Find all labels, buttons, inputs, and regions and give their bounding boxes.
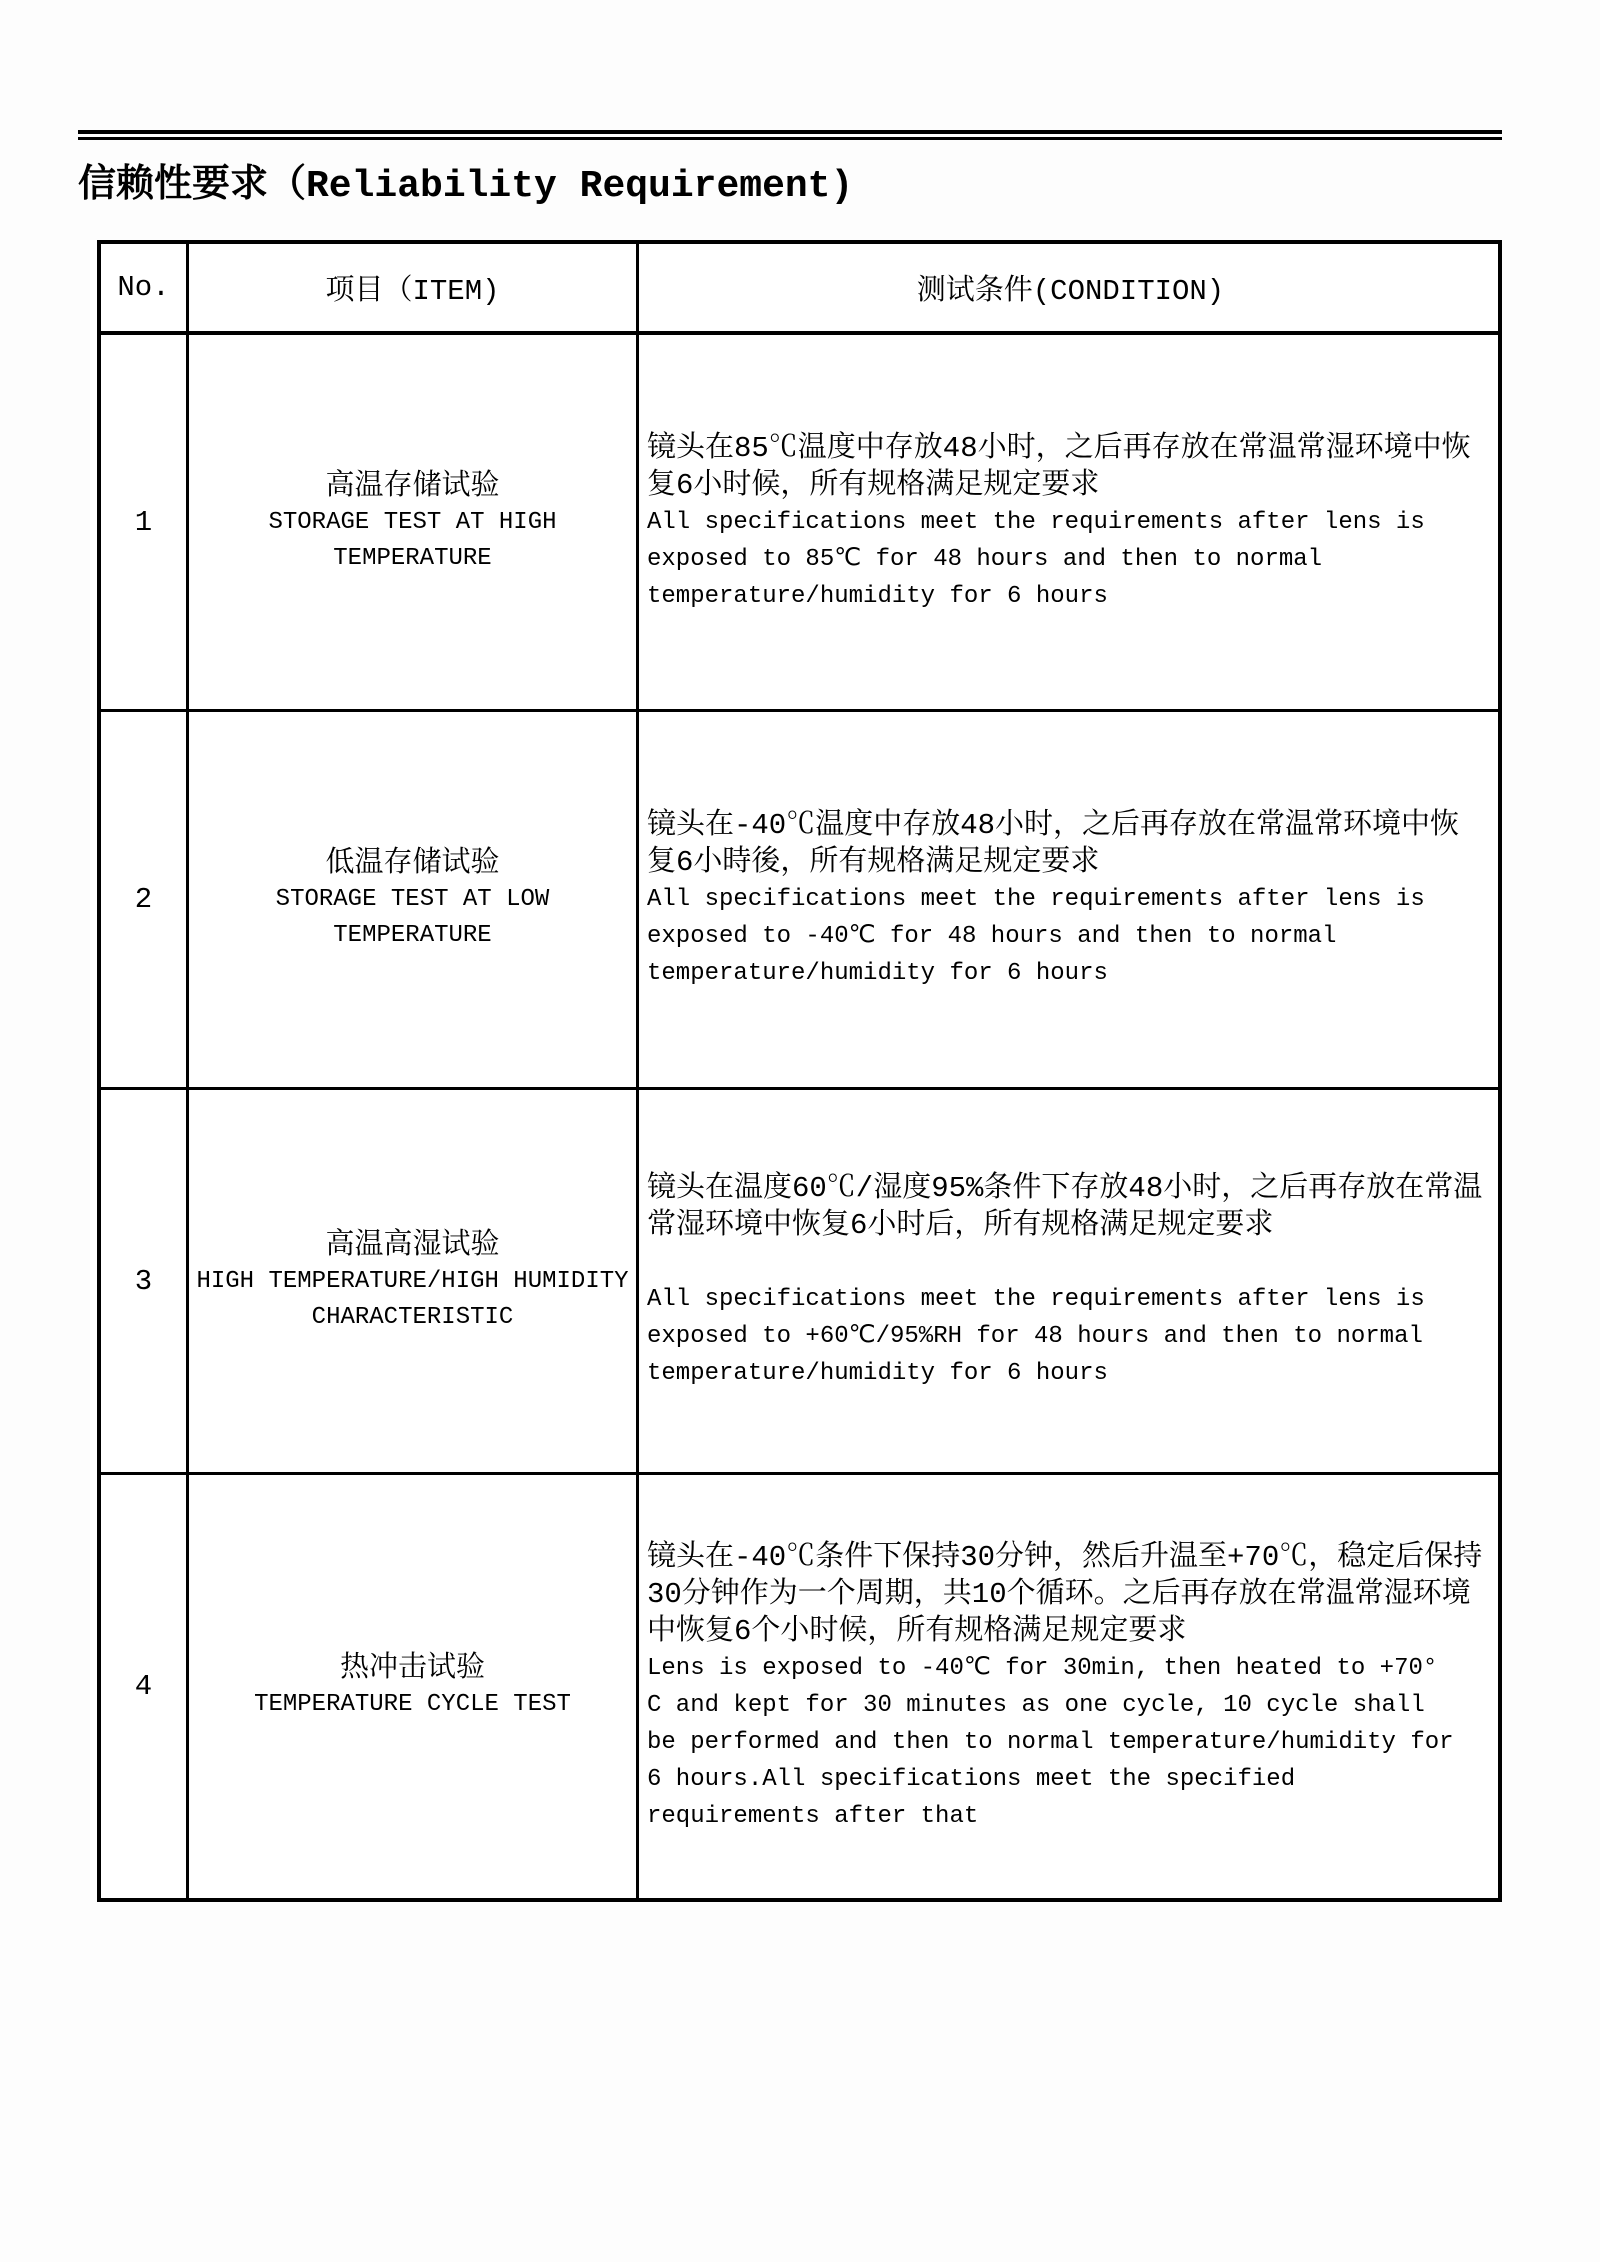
header-no: No. bbox=[101, 244, 189, 331]
item-name-cn: 热冲击试验 bbox=[340, 1650, 485, 1687]
condition-text-cn: 镜头在-40℃温度中存放48小时，之后再存放在常温常环境中恢 复6小時後，所有规… bbox=[647, 807, 1459, 881]
condition-text-en: All specifications meet the requirements… bbox=[647, 1244, 1425, 1392]
condition-text-en: Lens is exposed to -40℃ for 30min, then … bbox=[647, 1650, 1454, 1835]
condition-text-cn: 镜头在85℃温度中存放48小时，之后再存放在常温常湿环境中恢 复6小时候，所有规… bbox=[647, 430, 1471, 504]
row-number: 2 bbox=[101, 712, 189, 1087]
header-item: 项目（ITEM) bbox=[189, 244, 639, 331]
condition-cell: 镜头在-40℃条件下保持30分钟，然后升温至+70℃，稳定后保持 30分钟作为一… bbox=[639, 1475, 1498, 1898]
table-row: 4 热冲击试验 TEMPERATURE CYCLE TEST 镜头在-40℃条件… bbox=[101, 1475, 1498, 1898]
row-number: 3 bbox=[101, 1090, 189, 1472]
item-name-cn: 高温高湿试验 bbox=[325, 1227, 499, 1264]
item-cell: 热冲击试验 TEMPERATURE CYCLE TEST bbox=[189, 1475, 639, 1898]
item-cell: 高温存储试验 STORAGE TEST AT HIGH TEMPERATURE bbox=[189, 335, 639, 709]
table-header-row: No. 项目（ITEM) 测试条件(CONDITION) bbox=[101, 244, 1498, 335]
item-name-en: STORAGE TEST AT LOW TEMPERATURE bbox=[276, 882, 550, 954]
reliability-table: No. 项目（ITEM) 测试条件(CONDITION) 1 高温存储试验 ST… bbox=[97, 240, 1502, 1902]
item-name-en: STORAGE TEST AT HIGH TEMPERATURE bbox=[268, 505, 556, 577]
row-number: 4 bbox=[101, 1475, 189, 1898]
condition-text-en: All specifications meet the requirements… bbox=[647, 881, 1425, 992]
table-row: 1 高温存储试验 STORAGE TEST AT HIGH TEMPERATUR… bbox=[101, 335, 1498, 712]
table-row: 3 高温高湿试验 HIGH TEMPERATURE/HIGH HUMIDITY … bbox=[101, 1090, 1498, 1475]
item-cell: 高温高湿试验 HIGH TEMPERATURE/HIGH HUMIDITY CH… bbox=[189, 1090, 639, 1472]
condition-cell: 镜头在-40℃温度中存放48小时，之后再存放在常温常环境中恢 复6小時後，所有规… bbox=[639, 712, 1498, 1087]
item-cell: 低温存储试验 STORAGE TEST AT LOW TEMPERATURE bbox=[189, 712, 639, 1087]
item-name-en: HIGH TEMPERATURE/HIGH HUMIDITY CHARACTER… bbox=[196, 1264, 628, 1336]
condition-text-cn: 镜头在温度60℃/湿度95%条件下存放48小时，之后再存放在常温 常湿环境中恢复… bbox=[647, 1170, 1482, 1244]
table-row: 2 低温存储试验 STORAGE TEST AT LOW TEMPERATURE… bbox=[101, 712, 1498, 1090]
row-number: 1 bbox=[101, 335, 189, 709]
page-title: 信赖性要求（Reliability Requirement) bbox=[78, 152, 1502, 208]
document-page: 信赖性要求（Reliability Requirement) No. 项目（IT… bbox=[0, 0, 1600, 2262]
condition-text-cn: 镜头在-40℃条件下保持30分钟，然后升温至+70℃，稳定后保持 30分钟作为一… bbox=[647, 1539, 1482, 1650]
item-name-en: TEMPERATURE CYCLE TEST bbox=[254, 1687, 571, 1723]
header-condition: 测试条件(CONDITION) bbox=[639, 244, 1498, 331]
condition-text-en: All specifications meet the requirements… bbox=[647, 504, 1425, 615]
item-name-cn: 低温存储试验 bbox=[325, 845, 499, 882]
item-name-cn: 高温存储试验 bbox=[325, 468, 499, 505]
top-divider-rule bbox=[78, 130, 1502, 140]
condition-cell: 镜头在温度60℃/湿度95%条件下存放48小时，之后再存放在常温 常湿环境中恢复… bbox=[639, 1090, 1498, 1472]
condition-cell: 镜头在85℃温度中存放48小时，之后再存放在常温常湿环境中恢 复6小时候，所有规… bbox=[639, 335, 1498, 709]
